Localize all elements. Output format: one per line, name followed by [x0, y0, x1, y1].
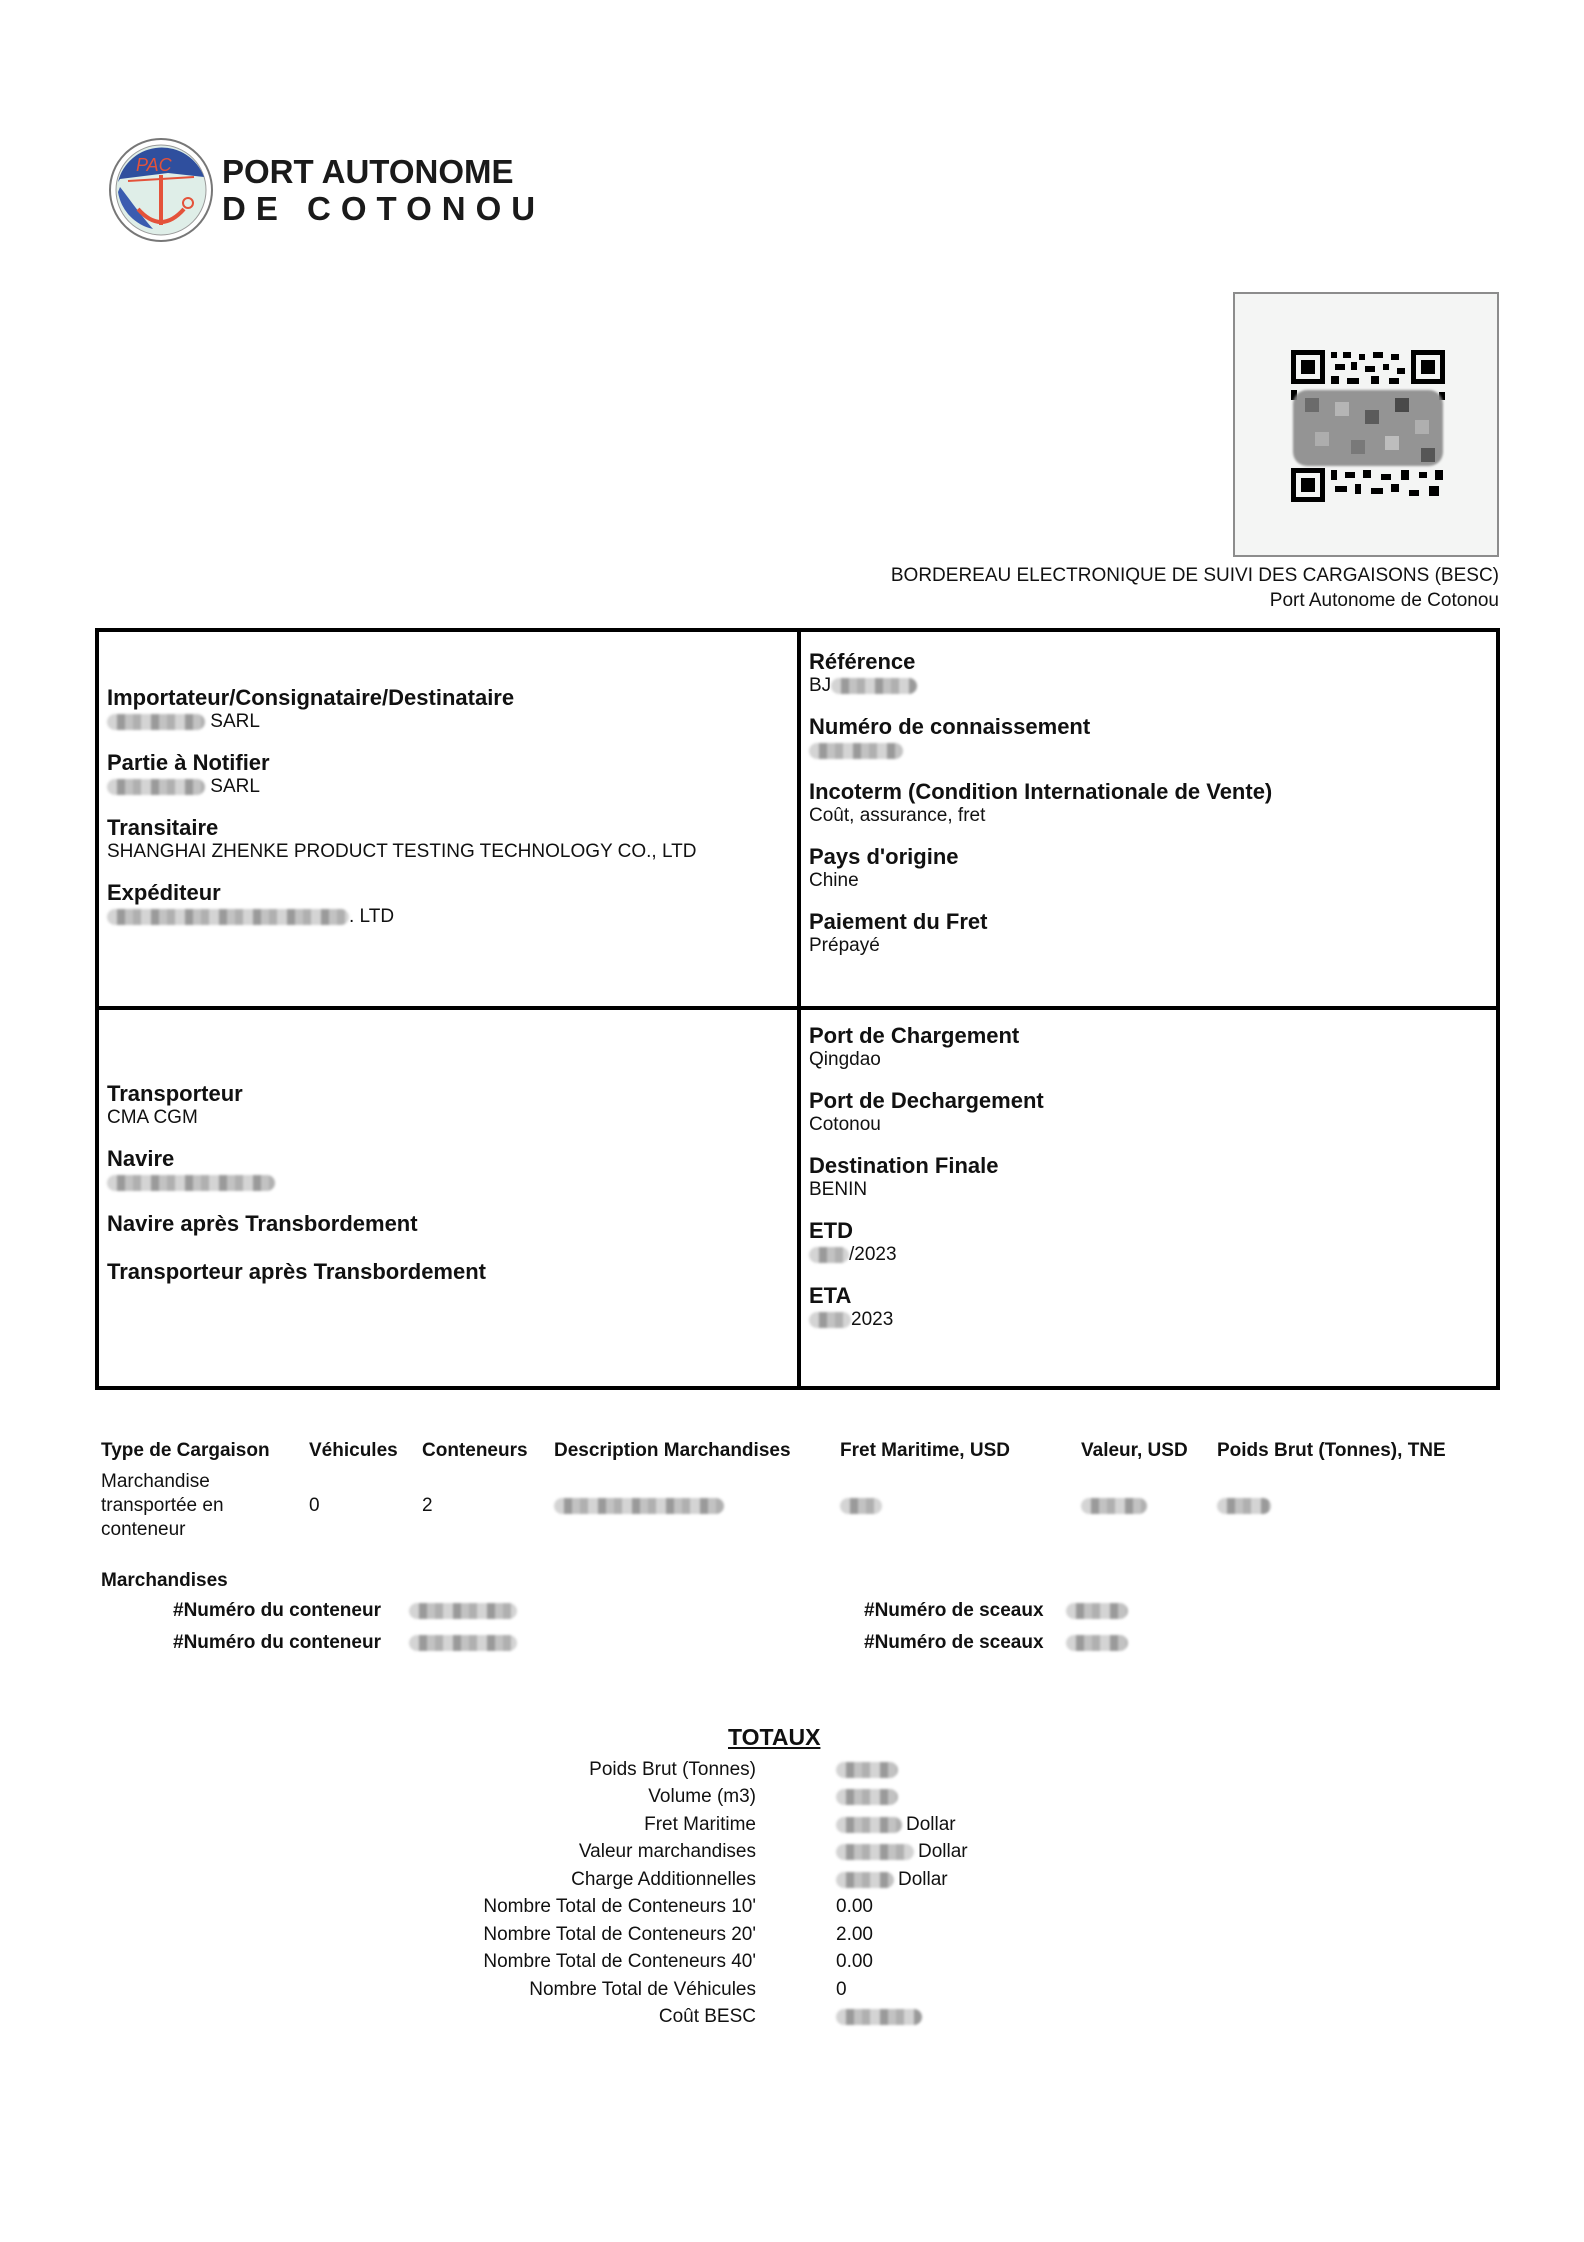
redacted-text	[836, 1817, 902, 1833]
redacted-text	[836, 1844, 914, 1860]
shipment-details-grid: Importateur/Consignataire/Destinataire S…	[95, 628, 1500, 1390]
container-number-row: #Numéro du conteneur	[173, 1600, 517, 1622]
totals-row: Valeur marchandises Dollar	[300, 1839, 968, 1867]
bl-number-field: Numéro de connaissement	[809, 714, 1488, 762]
discharge-port-value: Cotonou	[809, 1114, 1488, 1136]
freight-payment-value: Prépayé	[809, 935, 1488, 957]
carrier-field: Transporteur CMA CGM	[107, 1081, 789, 1129]
redacted-text	[107, 1175, 275, 1191]
table-row: Marchandise transportée en conteneur 0 2	[101, 1470, 1501, 1542]
container-number-row: #Numéro du conteneur	[173, 1632, 517, 1654]
containers-count: 2	[422, 1470, 554, 1542]
forwarder-value: SHANGHAI ZHENKE PRODUCT TESTING TECHNOLO…	[107, 841, 789, 863]
final-destination-value: BENIN	[809, 1179, 1488, 1201]
totals-table: Poids Brut (Tonnes) Volume (m3) Fret Mar…	[300, 1756, 968, 2031]
issuer-name: Port Autonome de Cotonou	[891, 588, 1499, 613]
document-title: BORDEREAU ELECTRONIQUE DE SUIVI DES CARG…	[891, 563, 1499, 588]
redacted-text	[836, 2009, 922, 2025]
etd-field: ETD /2023	[809, 1218, 1488, 1266]
parties-section: Importateur/Consignataire/Destinataire S…	[99, 632, 801, 1010]
incoterm-field: Incoterm (Condition Internationale de Ve…	[809, 779, 1488, 827]
column-header: Poids Brut (Tonnes), TNE	[1217, 1440, 1501, 1470]
totals-row: Poids Brut (Tonnes)	[300, 1756, 968, 1784]
totals-title: TOTAUX	[728, 1724, 820, 1751]
importer-field: Importateur/Consignataire/Destinataire S…	[107, 685, 789, 733]
eta-field: ETA 2023	[809, 1283, 1488, 1331]
notify-party-field: Partie à Notifier SARL	[107, 750, 789, 798]
qr-code-box	[1233, 292, 1499, 557]
redacted-text	[409, 1635, 517, 1651]
column-header: Type de Cargaison	[101, 1440, 309, 1470]
routing-section: Port de Chargement Qingdao Port de Decha…	[801, 1010, 1496, 1386]
eta-value: 2023	[851, 1309, 893, 1330]
totals-row: Nombre Total de Véhicules 0	[300, 1976, 968, 2004]
origin-field: Pays d'origine Chine	[809, 844, 1488, 892]
logo-line2: DE COTONOU	[222, 192, 545, 225]
redacted-text	[809, 1312, 851, 1328]
redacted-text	[831, 678, 917, 694]
totals-row: Nombre Total de Conteneurs 20' 2.00	[300, 1921, 968, 1949]
column-header: Fret Maritime, USD	[840, 1440, 1081, 1470]
totals-row: Nombre Total de Conteneurs 10' 0.00	[300, 1894, 968, 1922]
loading-port-field: Port de Chargement Qingdao	[809, 1023, 1488, 1071]
shipper-field: Expéditeur . LTD	[107, 880, 789, 928]
totals-row: Charge Additionnelles Dollar	[300, 1866, 968, 1894]
redacted-text	[1217, 1498, 1271, 1514]
vessel-after-transhipment-field: Navire après Transbordement	[107, 1211, 789, 1237]
incoterm-value: Coût, assurance, fret	[809, 805, 1488, 827]
redacted-text	[1066, 1635, 1128, 1651]
freight-payment-field: Paiement du Fret Prépayé	[809, 909, 1488, 957]
totals-row: Nombre Total de Conteneurs 40' 0.00	[300, 1949, 968, 1977]
redacted-text	[840, 1498, 882, 1514]
cargo-type: Marchandise transportée en conteneur	[101, 1470, 309, 1542]
redacted-text	[107, 714, 205, 730]
seal-number-row: #Numéro de sceaux	[864, 1632, 1128, 1654]
document-title-block: BORDEREAU ELECTRONIQUE DE SUIVI DES CARG…	[891, 563, 1499, 613]
cargo-table: Type de Cargaison Véhicules Conteneurs D…	[101, 1440, 1501, 1542]
notify-party-value: SARL	[210, 776, 260, 797]
references-section: Référence BJ Numéro de connaissement Inc…	[801, 632, 1496, 1010]
column-header: Véhicules	[309, 1440, 422, 1470]
redacted-text	[836, 1872, 894, 1888]
redacted-text	[409, 1603, 517, 1619]
loading-port-value: Qingdao	[809, 1049, 1488, 1071]
importer-value: SARL	[210, 711, 260, 732]
redacted-text	[107, 779, 205, 795]
carrier-value: CMA CGM	[107, 1107, 789, 1129]
redacted-text	[554, 1498, 724, 1514]
vehicles-count: 0	[309, 1470, 422, 1542]
qr-code-icon	[1291, 350, 1445, 502]
redacted-text	[836, 1789, 898, 1805]
seal-number-row: #Numéro de sceaux	[864, 1600, 1128, 1622]
carrier-after-transhipment-field: Transporteur après Transbordement	[107, 1259, 789, 1285]
reference-value: BJ	[809, 675, 831, 696]
column-header: Conteneurs	[422, 1440, 554, 1470]
redacted-text	[836, 1762, 898, 1778]
redacted-text	[809, 1247, 849, 1263]
origin-value: Chine	[809, 870, 1488, 892]
totals-row: Volume (m3)	[300, 1784, 968, 1812]
column-header: Valeur, USD	[1081, 1440, 1217, 1470]
reference-field: Référence BJ	[809, 649, 1488, 697]
transport-section: Transporteur CMA CGM Navire Navire après…	[99, 1010, 801, 1386]
redacted-text	[809, 743, 903, 759]
discharge-port-field: Port de Dechargement Cotonou	[809, 1088, 1488, 1136]
cargo-table-header: Type de Cargaison Véhicules Conteneurs D…	[101, 1440, 1501, 1470]
redacted-text	[107, 909, 349, 925]
redacted-text	[1066, 1603, 1128, 1619]
final-destination-field: Destination Finale BENIN	[809, 1153, 1488, 1201]
totals-row: Fret Maritime Dollar	[300, 1811, 968, 1839]
totals-row: Coût BESC	[300, 2004, 968, 2032]
etd-value: /2023	[849, 1244, 897, 1265]
shipper-value: . LTD	[349, 906, 394, 927]
column-header: Description Marchandises	[554, 1440, 840, 1470]
port-logo: PAC PORT AUTONOME DE COTONOU	[108, 137, 545, 243]
redacted-text	[1081, 1498, 1147, 1514]
logo-line1: PORT AUTONOME	[222, 155, 545, 188]
svg-text:PAC: PAC	[136, 155, 173, 175]
goods-title: Marchandises	[101, 1570, 228, 1592]
port-autonome-anchor-logo-icon: PAC	[108, 137, 214, 243]
vessel-field: Navire	[107, 1146, 789, 1194]
forwarder-field: Transitaire SHANGHAI ZHENKE PRODUCT TEST…	[107, 815, 789, 863]
